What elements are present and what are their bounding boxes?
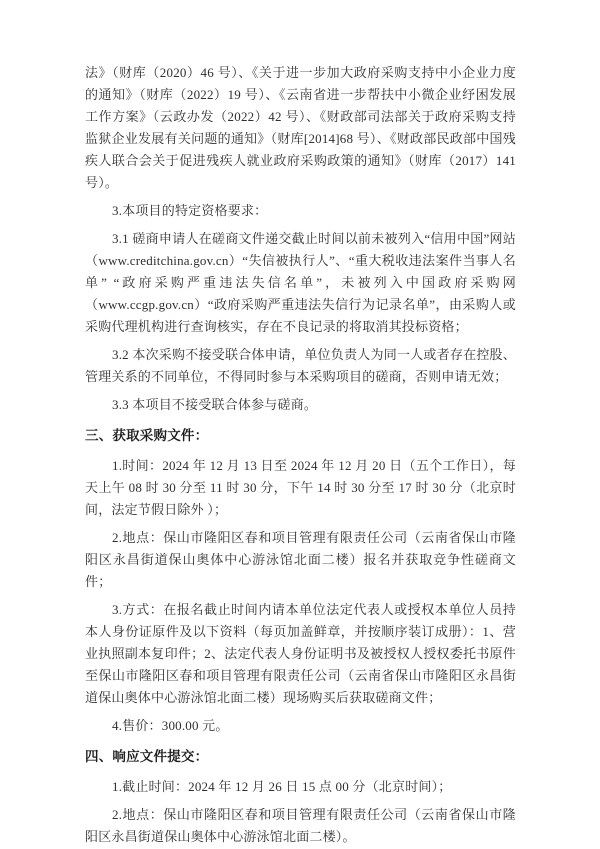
paragraph: 3.本项目的特定资格要求： <box>85 200 516 222</box>
document-page: 法》（财库（2020）46 号）、《关于进一步加大政府采购支持中小企业力度的通知… <box>0 0 600 849</box>
paragraph: 3.1 磋商申请人在磋商文件递交截止时间以前未被列入“信用中国”网站（www.c… <box>85 228 516 338</box>
paragraph: 3.2 本次采购不接受联合体申请，单位负责人为同一人或者存在控股、管理关系的不同… <box>85 344 516 388</box>
paragraph: 2.地点：保山市隆阳区春和项目管理有限责任公司（云南省保山市隆阳区永昌街道保山奥… <box>85 527 516 593</box>
paragraph: 1.时间：2024 年 12 月 13 日至 2024 年 12 月 20 日（… <box>85 455 516 521</box>
paragraph: 3.3 本项目不接受联合体参与磋商。 <box>85 394 516 416</box>
paragraph: 2.地点：保山市隆阳区春和项目管理有限责任公司（云南省保山市隆阳区永昌街道保山奥… <box>85 804 516 848</box>
paragraph: 3.方式：在报名截止时间内请本单位法定代表人或授权本单位人员持本人身份证原件及以… <box>85 599 516 709</box>
document-body: 法》（财库（2020）46 号）、《关于进一步加大政府采购支持中小企业力度的通知… <box>85 62 516 849</box>
paragraph: 1.截止时间：2024 年 12 月 26 日 15 点 00 分（北京时间）； <box>85 776 516 798</box>
paragraph: 法》（财库（2020）46 号）、《关于进一步加大政府采购支持中小企业力度的通知… <box>85 62 516 194</box>
section-heading: 三、获取采购文件： <box>85 425 516 447</box>
section-heading: 四、响应文件提交： <box>85 746 516 768</box>
paragraph: 4.售价：300.00 元。 <box>85 715 516 737</box>
